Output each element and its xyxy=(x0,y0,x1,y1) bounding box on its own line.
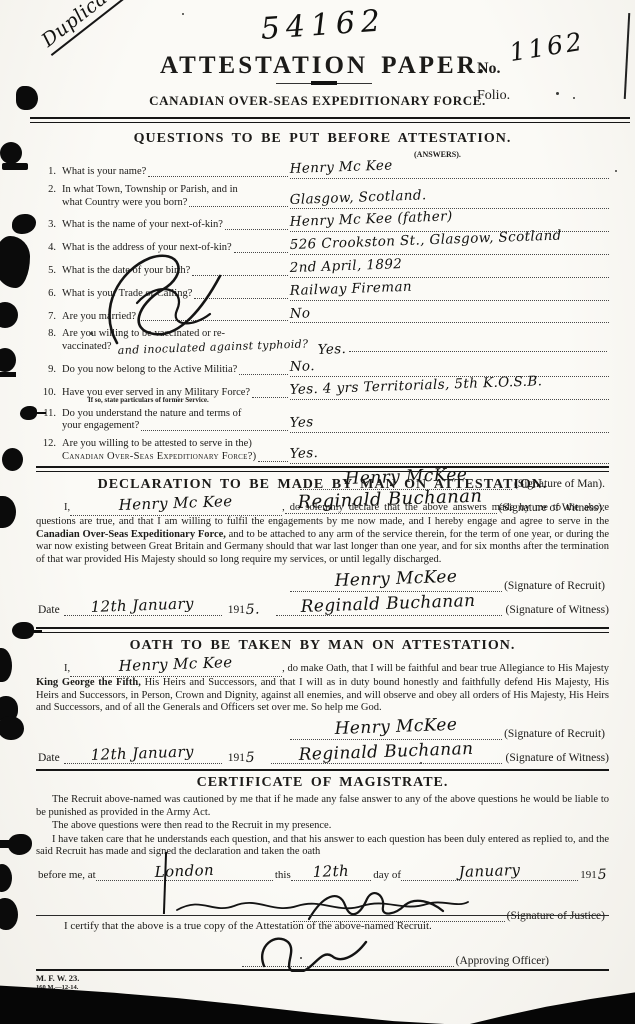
question-number: 3. xyxy=(36,219,56,232)
oath-section: OATH TO BE TAKEN BY MAN ON ATTESTATION. … xyxy=(36,627,609,764)
answer-line: Yes. xyxy=(290,446,609,464)
question-row-1: 1. What is your name? Henry Mc Kee xyxy=(36,161,609,179)
approving-signature-scrawl xyxy=(250,930,380,972)
recruit-signature-handwritten: Henry McKee xyxy=(334,567,457,591)
answer-line: Henry Mc Kee xyxy=(290,161,609,179)
ink-blot xyxy=(30,630,42,633)
question-text: Do you now belong to the Active Militia? xyxy=(62,364,237,377)
date-handwritten: 12th January xyxy=(90,743,194,765)
question-row-2: 2. In what Town, Township or Parish, and… xyxy=(36,184,609,210)
year-handwritten: 5 xyxy=(597,867,607,883)
question-number: 12. xyxy=(36,438,56,451)
question-text: Are you willing to be attested to serve … xyxy=(62,438,252,451)
witness-signature-handwritten: Reginald Buchanan xyxy=(298,739,473,765)
question-text-line2: your engagement? xyxy=(62,420,139,433)
answer-line: No. xyxy=(290,359,609,377)
ink-blot xyxy=(0,496,16,528)
before-me-row: before me, at London this 12th day of Ja… xyxy=(36,863,609,881)
year-printed: 191 xyxy=(580,869,597,881)
year-printed: 191 xyxy=(228,604,245,616)
section-rule xyxy=(36,769,609,771)
magistrate-para-1: The Recruit above-named was cautioned by… xyxy=(36,794,609,819)
day-handwritten: 12th xyxy=(312,862,349,881)
answer-line: Yes xyxy=(290,415,609,433)
recruit-signature-label: (Signature of Recruit) xyxy=(504,728,605,740)
force-name: CANADIAN OVER-SEAS EXPEDITIONARY FORCE. xyxy=(0,93,635,109)
day-of-label: day of xyxy=(373,869,401,881)
dotted-leader xyxy=(225,229,288,230)
place-line: London xyxy=(96,863,273,881)
dotted-leader xyxy=(258,461,288,462)
recruit-signature-handwritten: Henry McKee xyxy=(334,715,457,739)
question-number: 9. xyxy=(36,364,56,377)
scan-speck xyxy=(420,762,422,764)
ink-blot xyxy=(0,648,12,682)
dotted-leader xyxy=(349,351,607,352)
witness-signature-handwritten: Reginald Buchanan xyxy=(301,591,476,617)
ink-blot xyxy=(2,163,28,170)
form-code: M. F. W. 23. xyxy=(36,974,609,984)
answer-value: Henry Mc Kee xyxy=(289,157,393,177)
scan-speck xyxy=(182,13,184,15)
dotted-leader xyxy=(148,176,288,177)
witness-signature-label: (Signature of Witness) xyxy=(506,604,609,616)
answer-value: Railway Fireman xyxy=(289,279,412,300)
question-number: 5. xyxy=(36,265,56,278)
ink-blot xyxy=(16,86,38,110)
form-number-label: No. xyxy=(477,60,501,78)
declaration-date-row: Date 12th January 1915. Reginald Buchana… xyxy=(36,597,609,616)
title-underline xyxy=(276,83,372,89)
ink-blot xyxy=(0,864,12,892)
oath-paragraph: I,Henry Mc Kee, do make Oath, that I wil… xyxy=(36,657,609,715)
place-handwritten: London xyxy=(154,861,214,881)
before-me-label: before me, at xyxy=(38,869,96,881)
answer-value: Henry Mc Kee (father) xyxy=(289,209,453,231)
date-handwritten: 12th January xyxy=(90,594,194,616)
question-text: In what Town, Township or Parish, and in xyxy=(62,184,238,197)
dotted-leader xyxy=(239,374,288,375)
question-row-12: 12. Are you willing to be attested to se… xyxy=(36,438,609,464)
date-line: 12th January xyxy=(64,746,222,764)
answer-value: No xyxy=(289,305,310,322)
question-text: What is the name of your next-of-kin? xyxy=(62,219,223,232)
answer-value: Yes. xyxy=(318,341,347,358)
ink-blot xyxy=(0,372,16,377)
question-text: What is your name? xyxy=(62,166,146,179)
this-label: this xyxy=(275,869,291,881)
scan-speck xyxy=(615,170,617,172)
dotted-leader xyxy=(141,430,288,431)
approving-signature-line xyxy=(242,940,454,967)
year-printed: 191 xyxy=(228,752,245,764)
ink-blot xyxy=(34,412,46,414)
approving-officer-row: (Approving Officer) xyxy=(36,940,549,967)
witness-signature-line: Reginald Buchanan xyxy=(271,745,501,764)
ink-blot xyxy=(0,236,30,288)
answer-value: 2nd April, 1892 xyxy=(289,256,402,276)
oath-heading: OATH TO BE TAKEN BY MAN ON ATTESTATION. xyxy=(36,638,609,654)
form-header: 54162 Duplicate ATTESTATION PAPER. No. 1… xyxy=(0,0,635,128)
answer-line: 526 Crookston St., Glasgow, Scotland xyxy=(290,237,609,255)
answer-value: Yes. xyxy=(289,445,318,462)
year-handwritten: 5. xyxy=(245,601,260,617)
answer-value: Yes xyxy=(289,415,313,432)
answer-line: Glasgow, Scotland. xyxy=(290,192,609,210)
recruit-name-handwritten: Henry Mc Kee xyxy=(119,653,233,675)
ink-blot xyxy=(0,840,12,848)
dotted-leader xyxy=(189,206,288,207)
witness-signature-label: (Signature of Witness) xyxy=(506,752,609,764)
ink-blot xyxy=(0,302,18,328)
duplicate-annotation: Duplicate xyxy=(36,0,134,56)
recruit-name-slot: Henry Mc Kee xyxy=(70,657,282,677)
question-number: 10. xyxy=(36,387,56,400)
ink-blot xyxy=(0,898,18,930)
recruit-signature-row: Henry McKee (Signature of Recruit) xyxy=(36,719,605,740)
answer-line: Railway Fireman xyxy=(290,283,609,301)
section-rule xyxy=(36,627,609,633)
witness-signature-line: Reginald Buchanan xyxy=(276,597,501,616)
date-label: Date xyxy=(38,752,60,764)
oath-body-bold: King George the Fifth, xyxy=(36,677,141,688)
question-number: 4. xyxy=(36,242,56,255)
signature-line: Henry McKee xyxy=(290,719,502,740)
question-number: 6. xyxy=(36,288,56,301)
pen-scrawl-overlay xyxy=(92,248,252,348)
magistrate-heading: CERTIFICATE OF MAGISTRATE. xyxy=(36,775,609,791)
year-handwritten: 5 xyxy=(245,750,255,766)
lead-in: I, xyxy=(36,502,70,513)
dotted-leader xyxy=(252,397,288,398)
ink-blot xyxy=(2,448,23,471)
declaration-body-bold: Canadian Over-Seas Expeditionary Force, xyxy=(36,529,226,540)
print-run-code: 160 M.—12-14. xyxy=(36,984,609,991)
answers-label: (ANSWERS). xyxy=(36,150,609,159)
question-text-line2: Canadian Over-Seas Expeditionary Force?) xyxy=(62,451,256,464)
scan-speck xyxy=(573,97,575,99)
month-handwritten: January xyxy=(458,861,520,881)
answer-line: 2nd April, 1892 xyxy=(290,260,609,278)
magistrate-para-3: I have taken care that he understands ea… xyxy=(36,834,609,859)
question-text: Do you understand the nature and terms o… xyxy=(62,408,241,421)
answer-line: No xyxy=(290,306,609,324)
question-text-line2: what Country were you born? xyxy=(62,197,187,210)
scan-speck xyxy=(90,332,93,335)
justice-extra-scrawl xyxy=(172,892,472,918)
recruit-signature-row: Henry McKee (Signature of Recruit) xyxy=(36,571,605,592)
question-number: 1. xyxy=(36,166,56,179)
header-rule xyxy=(30,117,630,123)
oath-date-row: Date 12th January 1915 Reginald Buchanan… xyxy=(36,745,609,764)
day-line: 12th xyxy=(291,863,372,881)
date-label: Date xyxy=(38,604,60,616)
section-rule xyxy=(36,466,609,472)
question-number: 7. xyxy=(36,311,56,324)
declaration-section: DECLARATION TO BE MADE BY MAN ON ATTESTA… xyxy=(36,466,609,616)
declaration-paragraph: I,Henry Mc Kee, do solemnly declare that… xyxy=(36,496,609,567)
ink-blot xyxy=(12,214,36,234)
month-line: January xyxy=(401,863,578,881)
question-row-11: 11. Do you understand the nature and ter… xyxy=(36,408,609,434)
answer-value: Glasgow, Scotland. xyxy=(289,187,426,208)
ink-blot xyxy=(0,348,16,372)
certify-section: I certify that the above is a true copy … xyxy=(36,915,609,999)
scan-speck xyxy=(300,957,302,959)
question-number: 8. xyxy=(36,328,56,341)
declaration-heading: DECLARATION TO BE MADE BY MAN ON ATTESTA… xyxy=(36,477,609,493)
scan-speck xyxy=(556,92,559,95)
questions-heading: QUESTIONS TO BE PUT BEFORE ATTESTATION. xyxy=(36,131,609,147)
magistrate-para-2: The above questions were then read to th… xyxy=(36,820,609,833)
question-number: 2. xyxy=(36,184,56,197)
answer-line: Yes. 4 yrs Territorials, 5th K.O.S.B. xyxy=(290,382,609,400)
recruit-name-slot: Henry Mc Kee xyxy=(70,496,282,516)
recruit-name-handwritten: Henry Mc Kee xyxy=(119,492,233,514)
signature-line: Henry McKee xyxy=(290,571,502,592)
serial-number-handwritten: 54162 xyxy=(260,3,388,47)
ink-blot xyxy=(0,716,24,740)
lead-in: I, xyxy=(36,663,70,674)
date-line: 12th January xyxy=(64,598,222,616)
oath-body-1: , do make Oath, that I will be faithful … xyxy=(282,663,609,674)
answer-value: No. xyxy=(289,358,315,375)
ink-blot xyxy=(0,142,22,164)
folio-label: Folio. xyxy=(477,88,510,104)
approving-officer-label: (Approving Officer) xyxy=(456,955,549,967)
recruit-signature-label: (Signature of Recruit) xyxy=(504,580,605,592)
